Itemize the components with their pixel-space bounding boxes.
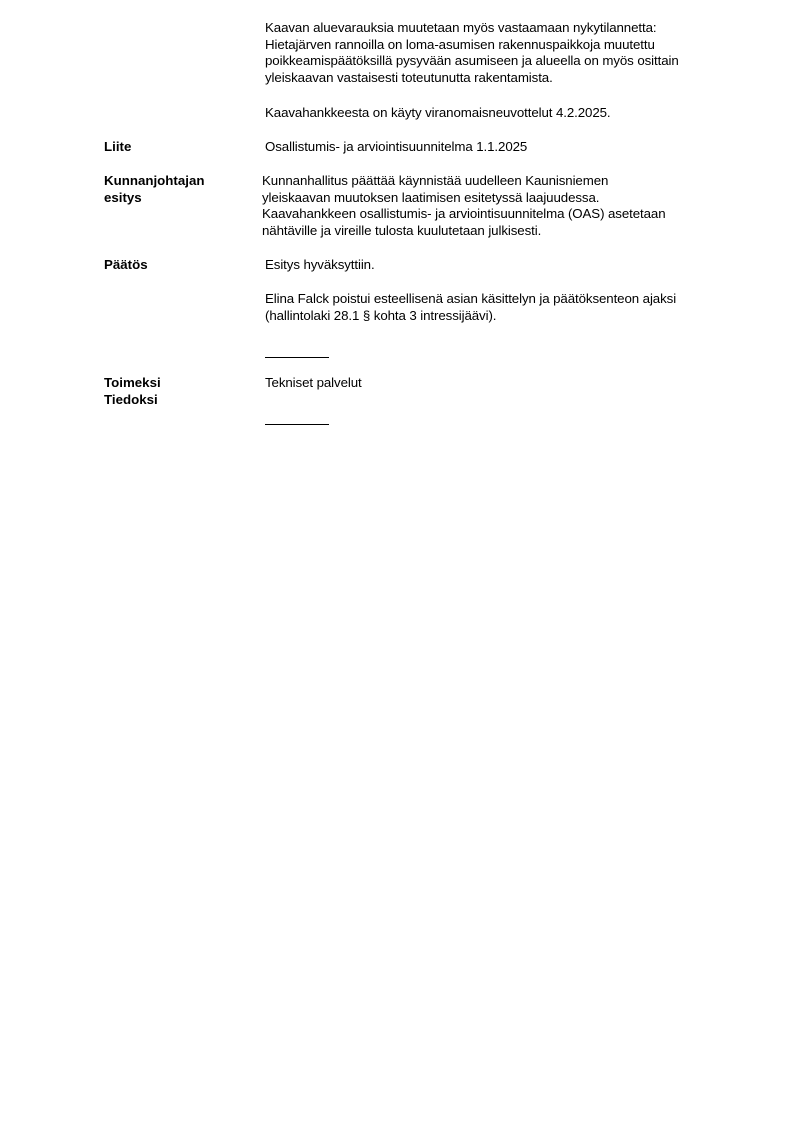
section-divider <box>265 357 329 358</box>
intro-line: poikkeamispäätöksillä pysyvään asumiseen… <box>265 53 679 70</box>
esitys-line: Kaavahankkeen osallistumis- ja arviointi… <box>262 206 666 223</box>
kunnanjohtajan-esitys-text: Kunnanhallitus päättää käynnistää uudell… <box>262 173 666 239</box>
document-page: Kaavan aluevarauksia muutetaan myös vast… <box>0 0 794 1122</box>
consultation-text: Kaavahankkeesta on käyty viranomaisneuvo… <box>265 105 611 122</box>
esitys-line: nähtäville ja vireille tulosta kuuluteta… <box>262 223 666 240</box>
paatos-note: Elina Falck poistui esteellisenä asian k… <box>265 291 676 324</box>
label-line: Toimeksi <box>104 375 161 392</box>
intro-line: Kaavan aluevarauksia muutetaan myös vast… <box>265 20 679 37</box>
esitys-line: yleiskaavan muutoksen laatimisen esitety… <box>262 190 666 207</box>
paatos-label: Päätös <box>104 257 148 274</box>
liite-label: Liite <box>104 139 131 156</box>
intro-paragraph: Kaavan aluevarauksia muutetaan myös vast… <box>265 20 679 86</box>
section-divider <box>265 424 329 425</box>
note-line: Elina Falck poistui esteellisenä asian k… <box>265 291 676 308</box>
note-line: (hallintolaki 28.1 § kohta 3 intressijää… <box>265 308 676 325</box>
toimeksi-tiedoksi-label: Toimeksi Tiedoksi <box>104 375 161 408</box>
esitys-line: Kunnanhallitus päättää käynnistää uudell… <box>262 173 666 190</box>
label-line: Kunnanjohtajan <box>104 173 204 190</box>
intro-line: Hietajärven rannoilla on loma-asumisen r… <box>265 37 679 54</box>
liite-value: Osallistumis- ja arviointisuunnitelma 1.… <box>265 139 527 156</box>
intro-line: yleiskaavan vastaisesti toteutunutta rak… <box>265 70 679 87</box>
paatos-value: Esitys hyväksyttiin. <box>265 257 375 274</box>
label-line: Tiedoksi <box>104 392 161 409</box>
kunnanjohtajan-esitys-label: Kunnanjohtajan esitys <box>104 173 204 206</box>
label-line: esitys <box>104 190 204 207</box>
toimeksi-value: Tekniset palvelut <box>265 375 362 392</box>
